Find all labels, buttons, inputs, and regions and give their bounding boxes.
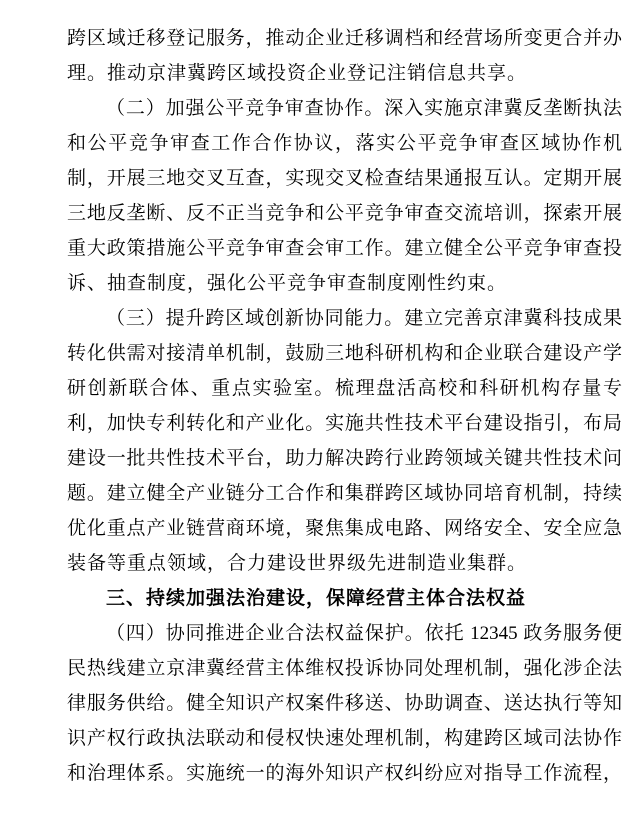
text-line: 和公平竞争审查工作合作协议，落实公平竞争审查区域协作机 <box>67 126 622 161</box>
text-line: 转化供需对接清单机制，鼓励三地科研机构和企业联合建设产学 <box>67 336 622 371</box>
text-line: 利，加快专利转化和产业化。实施共性技术平台建设指引，布局 <box>67 406 622 441</box>
text-line: 三地反垄断、反不正当竞争和公平竞争审查交流培训，探索开展 <box>67 196 622 231</box>
text-line: 律服务供给。健全知识产权案件移送、协助调查、送达执行等知 <box>67 686 622 721</box>
text-line: 跨区域迁移登记服务，推动企业迁移调档和经营场所变更合并办 <box>67 21 622 56</box>
text-line: 建设一批共性技术平台，助力解决跨行业跨领域关键共性技术问 <box>67 441 622 476</box>
document-page: 跨区域迁移登记服务，推动企业迁移调档和经营场所变更合并办 理。推动京津冀跨区域投… <box>0 0 644 816</box>
text-line: 识产权行政执法联动和侵权快速处理机制，构建跨区域司法协作 <box>67 721 622 756</box>
text-line: 题。建立健全产业链分工合作和集群跨区域协同培育机制，持续 <box>67 476 622 511</box>
text-line: 装备等重点领域，合力建设世界级先进制造业集群。 <box>67 546 622 581</box>
paragraph-start-line: （四）协同推进企业合法权益保护。依托 12345 政务服务便 <box>67 616 622 651</box>
text-line: 研创新联合体、重点实验室。梳理盘活高校和科研机构存量专 <box>67 371 622 406</box>
paragraph-start-line: （二）加强公平竞争审查协作。深入实施京津冀反垄断执法 <box>67 91 622 126</box>
text-line: 重大政策措施公平竞争审查会审工作。建立健全公平竞争审查投 <box>67 231 622 266</box>
paragraph-start-line: （三）提升跨区域创新协同能力。建立完善京津冀科技成果 <box>67 301 622 336</box>
text-line: 理。推动京津冀跨区域投资企业登记注销信息共享。 <box>67 56 622 91</box>
text-line: 诉、抽查制度，强化公平竞争审查制度刚性约束。 <box>67 266 622 301</box>
section-heading: 三、持续加强法治建设，保障经营主体合法权益 <box>67 581 622 616</box>
text-line: 和治理体系。实施统一的海外知识产权纠纷应对指导工作流程， <box>67 756 622 791</box>
text-line: 优化重点产业链营商环境，聚焦集成电路、网络安全、安全应急 <box>67 511 622 546</box>
text-line: 制，开展三地交叉互查，实现交叉检查结果通报互认。定期开展 <box>67 161 622 196</box>
text-line: 民热线建立京津冀经营主体维权投诉协同处理机制，强化涉企法 <box>67 651 622 686</box>
